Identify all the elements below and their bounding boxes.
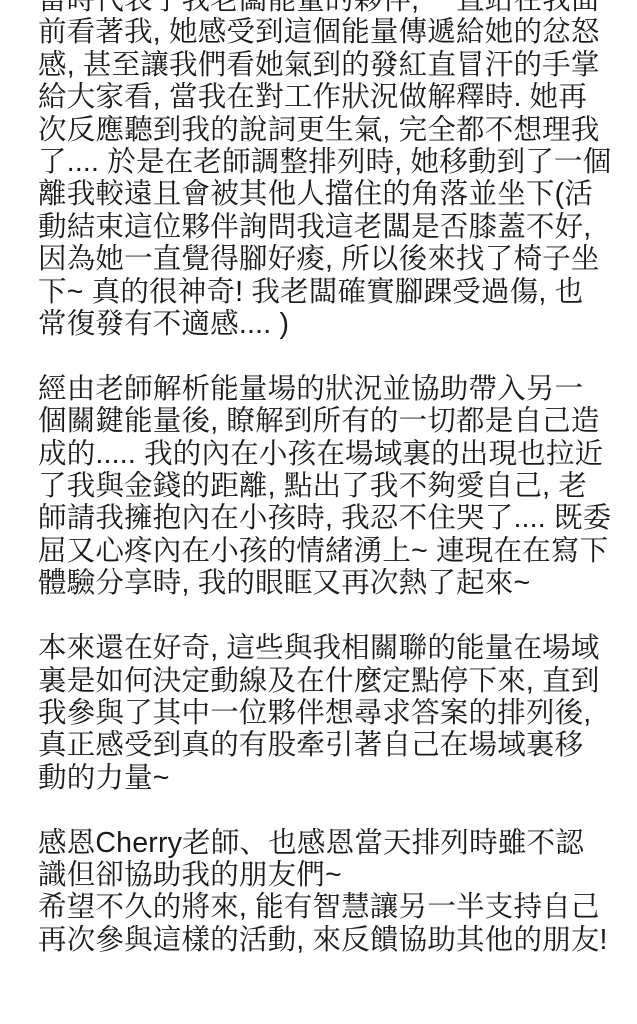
paragraph-1: 當時代表了我老闆能量的夥伴, 一直站在我面 前看著我, 她感受到這個能量傳遞給她… bbox=[38, 0, 631, 340]
text-line: 了我與金錢的距離, 點出了我不夠愛自己, 老 bbox=[38, 470, 631, 502]
text-line: 裏是如何決定動線及在什麼定點停下來, 直到 bbox=[38, 665, 631, 697]
text-line: 個關鍵能量後, 瞭解到所有的一切都是自己造 bbox=[38, 405, 631, 437]
text-line: 下~ 真的很神奇! 我老闆確實腳踝受過傷, 也 bbox=[38, 276, 631, 308]
text-line: 因為她一直覺得腳好痠, 所以後來找了椅子坐 bbox=[38, 243, 631, 275]
text-line: 次反應聽到我的說詞更生氣, 完全都不想理我 bbox=[38, 114, 631, 146]
text-line: 感恩Cherry老師、也感恩當天排列時雖不認 bbox=[38, 827, 631, 859]
text-line: 常復發有不適感.... ) bbox=[38, 308, 631, 340]
text-line: 再次參與這樣的活動, 來反饋協助其他的朋友! bbox=[38, 924, 631, 956]
text-line: 動的力量~ bbox=[38, 762, 631, 794]
text-line: 經由老師解析能量場的狀況並協助帶入另一 bbox=[38, 373, 631, 405]
text-line: 當時代表了我老闆能量的夥伴, 一直站在我面 bbox=[38, 0, 631, 16]
text-line: 成的..... 我的內在小孩在場域裏的出現也拉近 bbox=[38, 438, 631, 470]
text-line: 我參與了其中一位夥伴想尋求答案的排列後, bbox=[38, 697, 631, 729]
text-line: 感, 甚至讓我們看她氣到的發紅直冒汗的手掌 bbox=[38, 49, 631, 81]
paragraph-3: 本來還在好奇, 這些與我相關聯的能量在場域 裏是如何決定動線及在什麼定點停下來,… bbox=[38, 632, 631, 794]
text-line: 了.... 於是在老師調整排列時, 她移動到了一個 bbox=[38, 146, 631, 178]
text-line: 離我較遠且會被其他人擋住的角落並坐下(活 bbox=[38, 178, 631, 210]
document-page: 當時代表了我老闆能量的夥伴, 一直站在我面 前看著我, 她感受到這個能量傳遞給她… bbox=[0, 0, 637, 956]
paragraph-4: 感恩Cherry老師、也感恩當天排列時雖不認 識但卻協助我的朋友們~ 希望不久的… bbox=[38, 827, 631, 957]
text-line: 給大家看, 當我在對工作狀況做解釋時. 她再 bbox=[38, 81, 631, 113]
paragraph-2: 經由老師解析能量場的狀況並協助帶入另一 個關鍵能量後, 瞭解到所有的一切都是自己… bbox=[38, 373, 631, 600]
text-line: 體驗分享時, 我的眼眶又再次熱了起來~ bbox=[38, 567, 631, 599]
text-line: 前看著我, 她感受到這個能量傳遞給她的忿怒 bbox=[38, 16, 631, 48]
text-line: 本來還在好奇, 這些與我相關聯的能量在場域 bbox=[38, 632, 631, 664]
text-line: 屈又心疼內在小孩的情緒湧上~ 連現在在寫下 bbox=[38, 535, 631, 567]
text-line: 希望不久的將來, 能有智慧讓另一半支持自己 bbox=[38, 891, 631, 923]
text-line: 真正感受到真的有股牽引著自己在場域裏移 bbox=[38, 729, 631, 761]
text-line: 動結束這位夥伴詢問我這老闆是否膝蓋不好, bbox=[38, 211, 631, 243]
text-line: 識但卻協助我的朋友們~ bbox=[38, 859, 631, 891]
text-line: 師請我擁抱內在小孩時, 我忍不住哭了.... 既委 bbox=[38, 502, 631, 534]
